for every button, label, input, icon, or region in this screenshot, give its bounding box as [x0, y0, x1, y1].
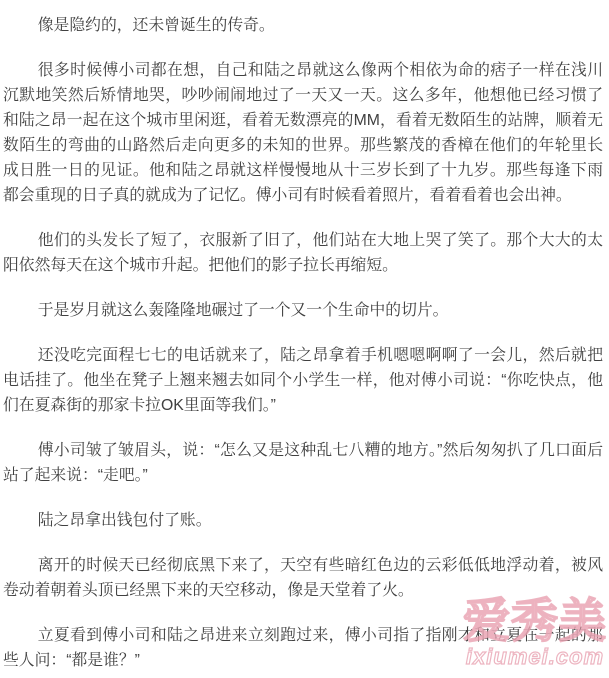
paragraph-1: 像是隐约的，还未曾诞生的传奇。: [3, 13, 603, 38]
paragraph-2: 很多时候傅小司都在想，自己和陆之昂就这么像两个相依为命的痞子一样在浅川沉默地笑然…: [3, 58, 603, 208]
paragraph-4: 于是岁月就这么轰隆隆地碾过了一个又一个生命中的切片。: [3, 298, 603, 323]
paragraph-7: 陆之昂拿出钱包付了账。: [3, 508, 603, 533]
paragraph-6: 傅小司皱了皱眉头，说：“怎么又是这种乱七八糟的地方。”然后匆匆扒了几口面后站了起…: [3, 438, 603, 488]
paragraph-3: 他们的头发长了短了，衣服新了旧了，他们站在大地上哭了笑了。那个大大的太阳依然每天…: [3, 228, 603, 278]
paragraph-5: 还没吃完面程七七的电话就来了，陆之昂拿着手机嗯嗯啊啊了一会儿，然后就把电话挂了。…: [3, 343, 603, 418]
paragraph-9: 立夏看到傅小司和陆之昂进来立刻跑过来，傅小司指了指刚才和立夏在一起的那些人问：“…: [3, 623, 603, 673]
article-body: 像是隐约的，还未曾诞生的传奇。 很多时候傅小司都在想，自己和陆之昂就这么像两个相…: [0, 0, 609, 673]
paragraph-8: 离开的时候天已经彻底黑下来了，天空有些暗红色边的云彩低低地浮动着，被风卷动着朝着…: [3, 553, 603, 603]
article-page: 像是隐约的，还未曾诞生的传奇。 很多时候傅小司都在想，自己和陆之昂就这么像两个相…: [0, 0, 609, 678]
